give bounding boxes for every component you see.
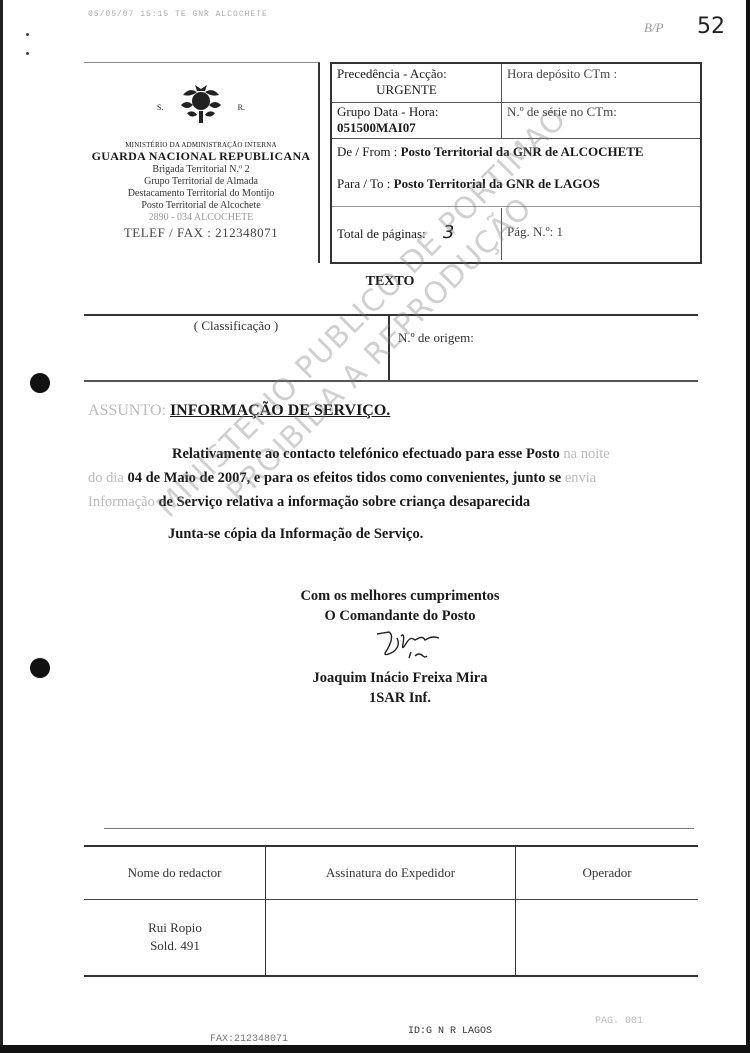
page-number-label: Pág. N.º: 1 xyxy=(507,224,563,239)
crest: S. R. xyxy=(171,83,231,125)
subject-prefix: ASSUNTO: xyxy=(88,402,166,419)
deposit-time-cell: Hora depósito CTm : xyxy=(502,64,700,102)
scan-speck xyxy=(26,52,29,55)
crest-letter-r: R. xyxy=(238,103,245,112)
classification-cell: ( Classificação ) xyxy=(84,316,390,380)
group-datetime-value: 051500MAI07 xyxy=(337,120,496,136)
precedence-row: Precedência - Acção: URGENTE Hora depósi… xyxy=(332,64,700,103)
punch-hole xyxy=(30,658,50,678)
footer-table-divider xyxy=(84,899,698,900)
origin-number-label: N.º de origem: xyxy=(398,330,474,346)
to-value: Posto Territorial da GNR de LAGOS xyxy=(394,176,600,191)
ministry-name: MINISTÉRIO DA ADMINISTRAÇÃO INTERNA xyxy=(84,141,318,149)
signer-role: O Comandante do Posto xyxy=(250,606,550,626)
telfax-number: TELEF / FAX : 212348071 xyxy=(84,225,318,241)
paragraph-line: do dia 04 de Maio de 2007, e para os efe… xyxy=(88,466,698,490)
unit-line: Grupo Territorial de Almada xyxy=(84,176,318,188)
serial-label: N.º de série no CTm: xyxy=(507,104,617,119)
total-pages-value: 3 xyxy=(443,222,454,243)
to-line: Para / To : Posto Territorial da GNR de … xyxy=(337,176,600,192)
from-label: De / From : xyxy=(337,144,397,159)
closing-greeting: Com os melhores cumprimentos xyxy=(250,586,550,606)
scan-speck xyxy=(26,33,29,36)
unit-line: Destacamento Territorial do Montijo xyxy=(84,188,318,200)
group-datetime-label: Grupo Data - Hora: xyxy=(337,104,496,120)
subject-line: ASSUNTO: INFORMAÇÃO DE SERVIÇO. xyxy=(88,402,390,420)
signer-block: Joaquim Inácio Freixa Mira 1SAR Inf. xyxy=(250,668,550,708)
paragraph-text: Relativamente ao contacto telefónico efe… xyxy=(172,446,560,462)
paragraph-line: Relativamente ao contacto telefónico efe… xyxy=(88,442,698,466)
total-pages-label: Total de páginas: xyxy=(337,226,426,241)
paragraph-text-faded: Informação xyxy=(88,494,155,510)
paragraph-text-faded: do dia xyxy=(88,470,124,486)
paragraph-line: Informação de Serviço relativa a informa… xyxy=(88,490,698,514)
sender-block: S. R. MINISTÉRIO DA ADMINISTRAÇÃO INTERN… xyxy=(84,62,320,263)
message-header-table: Precedência - Acção: URGENTE Hora depósi… xyxy=(330,62,702,264)
address-line: 2890 - 034 ALCOCHETE xyxy=(84,212,318,224)
scan-edge-right xyxy=(746,0,750,1053)
paragraph-text-faded: na noite xyxy=(563,446,609,462)
pages-row: Total de páginas: 3 Pág. N.º: 1 xyxy=(332,208,700,260)
operator-header: Operador xyxy=(516,865,698,881)
crest-letter-s: S. xyxy=(157,103,163,112)
group-datetime-row: Grupo Data - Hora: 051500MAI07 N.º de sé… xyxy=(332,102,700,139)
texto-title: TEXTO xyxy=(0,274,750,290)
precedence-label: Precedência - Acção: xyxy=(337,66,447,81)
reference-mark: B/P xyxy=(644,20,664,36)
redactor-name: Rui Ropio xyxy=(84,919,266,937)
group-datetime-cell: Grupo Data - Hora: 051500MAI07 xyxy=(332,102,502,138)
fax-footer-id: ID:G N R LAGOS xyxy=(408,1026,492,1037)
organization-name: GUARDA NACIONAL REPUBLICANA xyxy=(84,149,318,164)
redactor-column: Nome do redactor xyxy=(84,847,266,975)
classification-table: ( Classificação ) N.º de origem: xyxy=(84,314,698,382)
scan-edge-bottom xyxy=(0,1045,750,1053)
handwritten-page-number: 52 xyxy=(697,14,725,39)
precedence-cell: Precedência - Acção: URGENTE xyxy=(332,64,502,102)
operator-column: Operador xyxy=(516,847,698,975)
fax-footer-page: PAG. 001 xyxy=(595,1016,643,1027)
total-pages-cell: Total de páginas: 3 xyxy=(332,208,502,260)
handwritten-signature-icon xyxy=(375,628,445,670)
redactor-info: Rui Ropio Sold. 491 xyxy=(84,919,266,955)
fax-footer-number: FAX:212348071 xyxy=(210,1034,288,1045)
paragraph-text-faded: envia xyxy=(565,470,596,486)
closing-block: Com os melhores cumprimentos O Comandant… xyxy=(250,586,550,626)
to-label: Para / To : xyxy=(337,176,390,191)
precedence-value: URGENTE xyxy=(337,82,496,98)
unit-line: Posto Territorial de Alcochete xyxy=(84,200,318,212)
footer-table: Nome do redactor Assinatura do Expedidor… xyxy=(84,845,698,977)
signer-rank: 1SAR Inf. xyxy=(250,688,550,708)
page-number-cell: Pág. N.º: 1 xyxy=(502,208,700,260)
dispatcher-signature-column: Assinatura do Expedidor xyxy=(266,847,516,975)
deposit-time-label: Hora depósito CTm : xyxy=(507,66,617,81)
serial-cell: N.º de série no CTm: xyxy=(502,102,700,138)
fax-transmission-header: 05/05/07 15:15 TE GNR ALCOCHETE xyxy=(88,10,268,19)
unit-line: Brigada Territorial N.º 2 xyxy=(84,164,318,176)
dispatcher-signature-header: Assinatura do Expedidor xyxy=(266,865,515,881)
redactor-header: Nome do redactor xyxy=(84,865,265,881)
from-value: Posto Territorial da GNR de ALCOCHETE xyxy=(401,144,644,159)
divider xyxy=(332,206,700,207)
paragraph-text: de Serviço relativa a informação sobre c… xyxy=(158,494,530,510)
subject-title: INFORMAÇÃO DE SERVIÇO. xyxy=(170,402,390,419)
redactor-rank: Sold. 491 xyxy=(84,937,266,955)
republic-crest-icon xyxy=(179,83,223,125)
from-line: De / From : Posto Territorial da GNR de … xyxy=(337,144,644,160)
scan-edge-left xyxy=(0,0,3,1053)
separator-line xyxy=(104,828,694,829)
paragraph-text: 04 de Maio de 2007, e para os efeitos ti… xyxy=(127,470,561,486)
classification-label: ( Classificação ) xyxy=(194,318,278,333)
signer-name: Joaquim Inácio Freixa Mira xyxy=(250,668,550,688)
body-paragraph: Relativamente ao contacto telefónico efe… xyxy=(88,442,698,514)
attachment-note: Junta-se cópia da Informação de Serviço. xyxy=(168,526,423,543)
punch-hole xyxy=(30,373,50,393)
